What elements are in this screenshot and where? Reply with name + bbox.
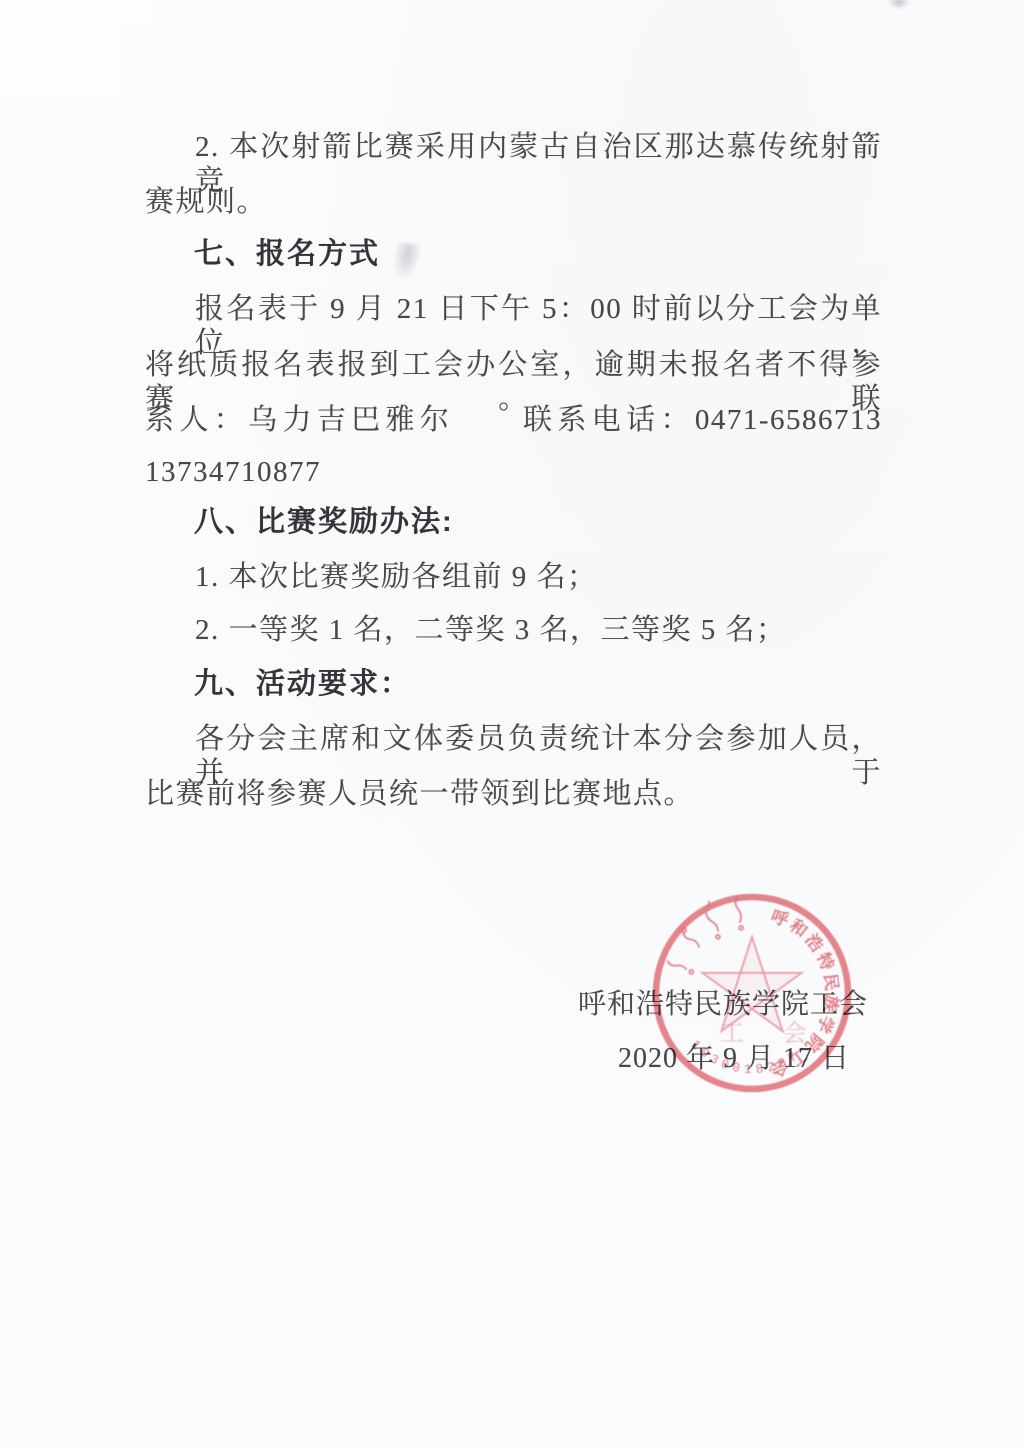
requirement-paragraph-line-2: 比赛前将参赛人员统一带领到比赛地点。 bbox=[145, 777, 694, 811]
contact-phone-line: 13734710877 bbox=[145, 455, 321, 489]
paragraph-rule-item-2-line-1: 2. 本次射箭比赛采用内蒙古自治区那达慕传统射箭竞 bbox=[195, 130, 882, 198]
paragraph-rule-item-2-line-2: 赛规则。 bbox=[145, 185, 267, 219]
scanned-document-page: 2. 本次射箭比赛采用内蒙古自治区那达慕传统射箭竞 赛规则。 七、报名方式 报名… bbox=[0, 0, 1024, 1448]
registration-contact-line: 系人：乌力吉巴雅尔 联系电话：0471-6586713 bbox=[145, 403, 882, 437]
seal-mongolian-script bbox=[666, 896, 743, 974]
scan-smudge bbox=[391, 241, 422, 281]
scan-smudge-top bbox=[888, 0, 910, 10]
signature-organization: 呼和浩特民族学院工会 bbox=[578, 988, 868, 1022]
award-item-1: 1. 本次比赛奖励各组前 9 名； bbox=[195, 560, 598, 594]
award-item-2: 2. 一等奖 1 名，二等奖 3 名，三等奖 5 名； bbox=[195, 613, 787, 647]
section-9-heading: 九、活动要求： bbox=[194, 667, 411, 701]
signature-date: 2020 年 9 月 17 日 bbox=[618, 1042, 850, 1076]
section-8-heading: 八、比赛奖励办法: bbox=[194, 505, 454, 539]
section-7-heading: 七、报名方式 bbox=[194, 237, 380, 271]
